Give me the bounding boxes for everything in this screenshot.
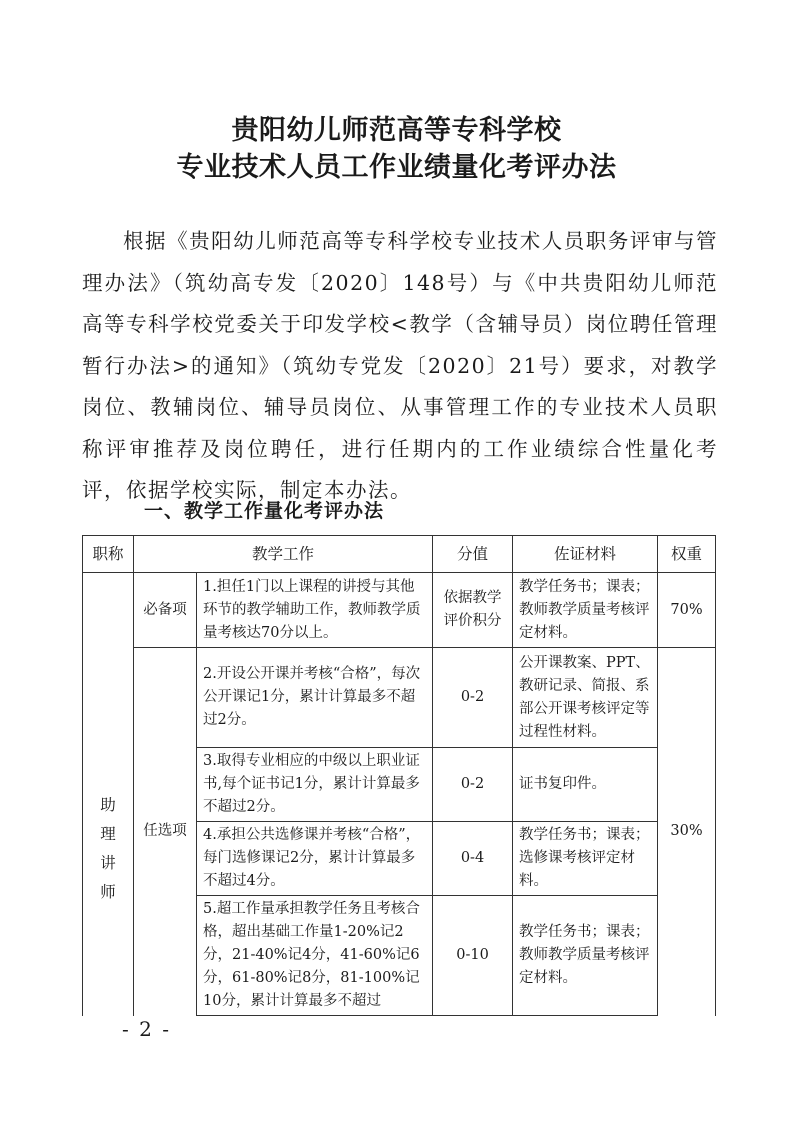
item-evidence: 教学任务书；课表；选修课考核评定材料。: [513, 822, 658, 896]
table-row: 任选项 2.开设公开课并考核“合格”，每次公开课记1分，累计计算最多不超过2分。…: [83, 648, 716, 748]
item-score: 0-10: [433, 896, 513, 1016]
item-content: 3.取得专业相应的中级以上职业证书,每个证书记1分，累计计算最多不超过2分。: [197, 748, 433, 822]
item-content: 4.承担公共选修课并考核“合格”，每门选修课记2分，累计计算最多不超过4分。: [197, 822, 433, 896]
evaluation-table: 职称 教学工作 分值 佐证材料 权重 助 理 讲 师 必备项 1.担任1门以上课…: [82, 535, 716, 1016]
table-header-row: 职称 教学工作 分值 佐证材料 权重: [83, 536, 716, 573]
header-evidence: 佐证材料: [513, 536, 658, 573]
item-score: 0-2: [433, 648, 513, 748]
item-content: 1.担任1门以上课程的讲授与其他环节的教学辅助工作，教师教学质量考核达70分以上…: [197, 573, 433, 648]
table-row: 助 理 讲 师 必备项 1.担任1门以上课程的讲授与其他环节的教学辅助工作，教师…: [83, 573, 716, 648]
item-score: 0-4: [433, 822, 513, 896]
document-title-line-1: 贵阳幼儿师范高等专科学校: [0, 108, 793, 147]
item-evidence: 公开课教案、PPT、教研记录、简报、系部公开课考核评定等过程性材料。: [513, 648, 658, 748]
item-content: 2.开设公开课并考核“合格”，每次公开课记1分，累计计算最多不超过2分。: [197, 648, 433, 748]
item-evidence: 教学任务书；课表；教师教学质量考核评定材料。: [513, 896, 658, 1016]
header-score: 分值: [433, 536, 513, 573]
header-weight: 权重: [658, 536, 716, 573]
item-score: 依据教学评价积分: [433, 573, 513, 648]
category-optional: 任选项: [134, 648, 197, 1016]
item-evidence: 教学任务书；课表；教师教学质量考核评定材料。: [513, 573, 658, 648]
weight-optional: 30%: [658, 648, 716, 1016]
item-content: 5.超工作量承担教学任务且考核合格，超出基础工作量1-20%记2分，21-40%…: [197, 896, 433, 1016]
weight-required: 70%: [658, 573, 716, 648]
section-heading: 一、教学工作量化考评办法: [144, 496, 384, 523]
header-title: 职称: [83, 536, 134, 573]
document-title-line-2: 专业技术人员工作业绩量化考评办法: [0, 145, 793, 184]
page-number: - 2 -: [122, 1017, 171, 1041]
rank-cell: 助 理 讲 师: [83, 573, 134, 1016]
item-score: 0-2: [433, 748, 513, 822]
item-evidence: 证书复印件。: [513, 748, 658, 822]
header-teaching-work: 教学工作: [134, 536, 433, 573]
intro-paragraph: 根据《贵阳幼儿师范高等专科学校专业技术人员职务评审与管理办法》（筑幼高专发〔20…: [82, 221, 718, 512]
category-required: 必备项: [134, 573, 197, 648]
